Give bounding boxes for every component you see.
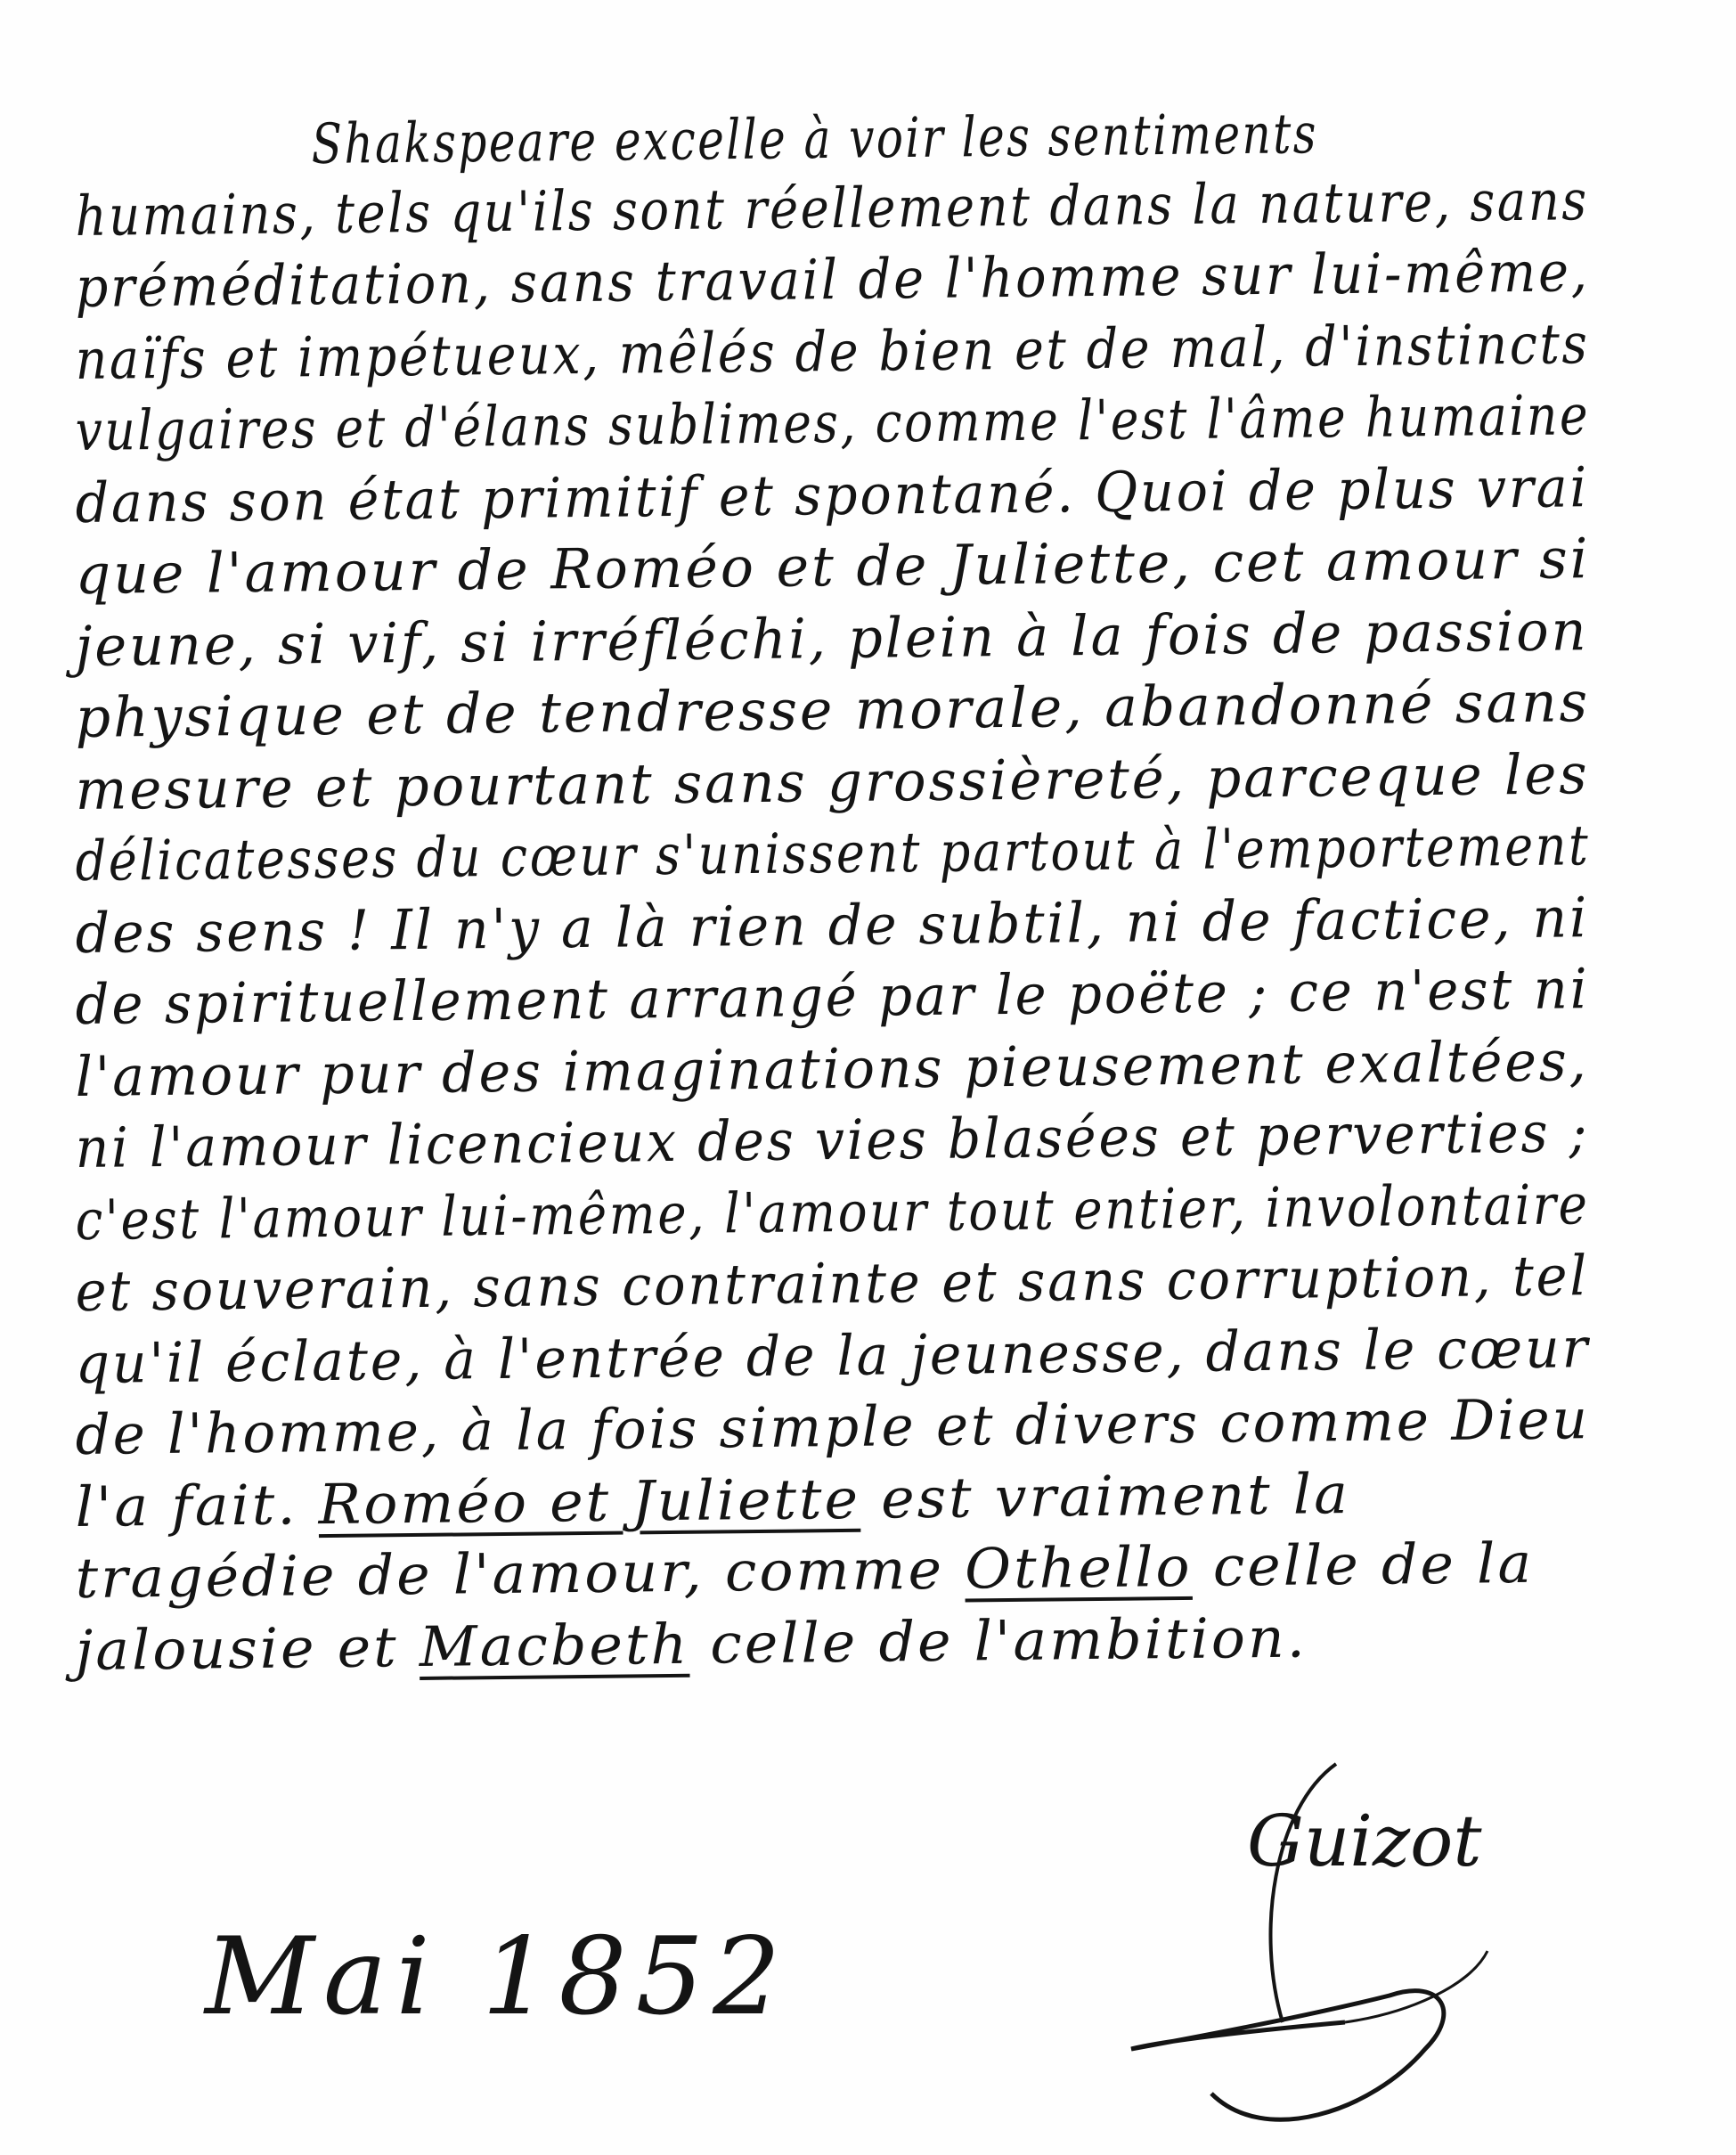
manuscript-line: jalousie et Macbeth celle de l'ambition. — [75, 1604, 1308, 1682]
line-text: ni l'amour licencieux des vies blasées e… — [75, 1099, 1589, 1180]
underlined-title: Othello — [965, 1534, 1193, 1602]
line-text: Shakspeare excelle à voir les sentiments — [311, 101, 1318, 176]
manuscript-line: mesure et pourtant sans grossièreté, par… — [75, 741, 1590, 822]
line-text: mesure et pourtant sans grossièreté, par… — [75, 741, 1590, 822]
line-text: que l'amour de Roméo et de Juliette, cet… — [75, 526, 1591, 607]
line-text: des sens ! Il n'y a là rien de subtil, n… — [75, 885, 1589, 966]
manuscript-line: l'amour pur des imaginations pieusement … — [75, 1028, 1589, 1109]
manuscript-line: physique et de tendresse morale, abandon… — [75, 669, 1590, 750]
manuscript-line: qu'il éclate, à l'entrée de la jeunesse,… — [75, 1315, 1590, 1396]
manuscript-line: de l'homme, à la fois simple et divers c… — [75, 1386, 1590, 1467]
manuscript-line: et souverain, sans contrainte et sans co… — [75, 1243, 1589, 1324]
manuscript-line: dans son état primitif et spontané. Quoi… — [75, 454, 1589, 535]
line-text: qu'il éclate, à l'entrée de la jeunesse,… — [75, 1315, 1590, 1396]
line-text: délicatesses du cœur s'unissent partout … — [75, 812, 1590, 894]
line-text: l'a fait. — [75, 1472, 319, 1539]
manuscript-page: Shakspeare excelle à voir les sentiments… — [0, 0, 1736, 2155]
manuscript-line: vulgaires et d'élans sublimes, comme l'e… — [75, 382, 1590, 463]
line-text: celle de l'ambition. — [689, 1604, 1308, 1676]
line-text: c'est l'amour lui-même, l'amour tout ent… — [75, 1171, 1590, 1253]
line-text: jalousie et — [75, 1613, 420, 1682]
line-text: vulgaires et d'élans sublimes, comme l'e… — [75, 382, 1590, 463]
manuscript-line: Shakspeare excelle à voir les sentiments — [311, 101, 1318, 176]
manuscript-line: délicatesses du cœur s'unissent partout … — [75, 812, 1590, 894]
line-text: naïfs et impétueux, mêlés de bien et de … — [75, 311, 1590, 392]
underlined-title: Roméo et Juliette — [318, 1465, 860, 1536]
manuscript-line: c'est l'amour lui-même, l'amour tout ent… — [75, 1171, 1590, 1253]
manuscript-line: que l'amour de Roméo et de Juliette, cet… — [75, 526, 1591, 607]
line-text: l'amour pur des imaginations pieusement … — [75, 1028, 1589, 1109]
manuscript-line: ni l'amour licencieux des vies blasées e… — [75, 1099, 1589, 1180]
line-text: de spirituellement arrangé par le poëte … — [75, 956, 1590, 1037]
manuscript-line: de spirituellement arrangé par le poëte … — [75, 956, 1590, 1037]
line-text: de l'homme, à la fois simple et divers c… — [75, 1386, 1590, 1467]
line-text: et souverain, sans contrainte et sans co… — [75, 1243, 1589, 1324]
date: Mai 1852 — [205, 1915, 789, 2039]
line-text: celle de la — [1192, 1531, 1534, 1599]
line-text: physique et de tendresse morale, abandon… — [75, 669, 1590, 750]
manuscript-line: naïfs et impétueux, mêlés de bien et de … — [75, 311, 1590, 392]
line-text: dans son état primitif et spontané. Quoi… — [75, 454, 1589, 535]
line-text: jeune, si vif, si irréfléchi, plein à la… — [75, 598, 1589, 679]
manuscript-line: jeune, si vif, si irréfléchi, plein à la… — [75, 598, 1589, 679]
manuscript-line: préméditation, sans travail de l'homme s… — [75, 239, 1590, 320]
line-text: préméditation, sans travail de l'homme s… — [75, 239, 1590, 320]
line-text: est vraiment la — [860, 1461, 1351, 1531]
line-text: tragédie de l'amour, comme — [75, 1537, 965, 1611]
manuscript-line: l'a fait. Roméo et Juliette est vraiment… — [75, 1461, 1350, 1539]
manuscript-line: tragédie de l'amour, comme Othello celle… — [75, 1531, 1534, 1611]
manuscript-line: des sens ! Il n'y a là rien de subtil, n… — [75, 885, 1589, 966]
manuscript-line: humains, tels qu'ils sont réellement dan… — [75, 167, 1589, 249]
line-text: humains, tels qu'ils sont réellement dan… — [75, 167, 1589, 249]
underlined-title: Macbeth — [419, 1611, 689, 1678]
signature: Guizot — [1247, 1800, 1481, 1882]
